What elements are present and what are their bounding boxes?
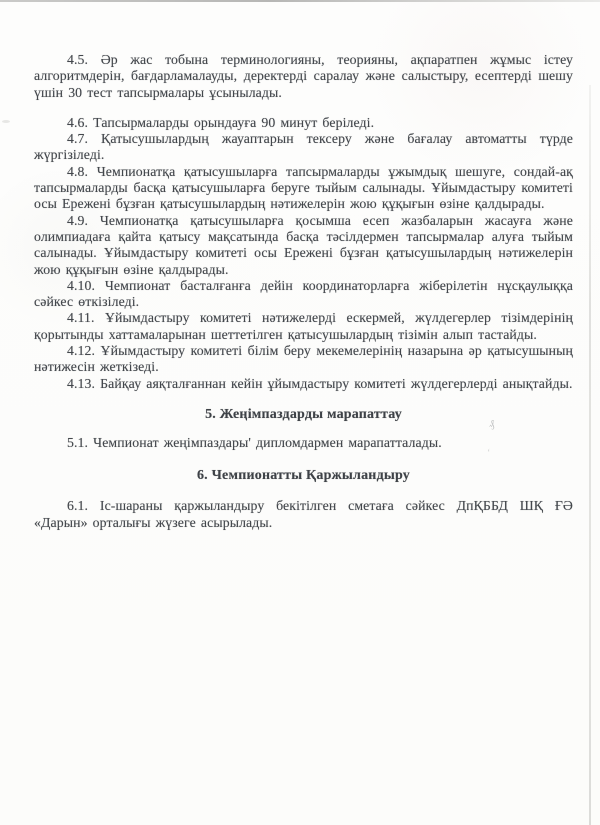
paragraph-4-5: 4.5. Әр жас тобына терминологияны, теори… [34, 52, 573, 101]
scan-top-edge-artifact [0, 0, 600, 2]
scanned-document-page: ₰ ʻ 4.5. Әр жас тобына терминологияны, т… [0, 0, 600, 825]
paragraph-4-9: 4.9. Чемпионатқа қатысушыларға қосымша е… [34, 213, 573, 278]
scan-speck [2, 120, 10, 123]
paragraph-4-10: 4.10. Чемпионат басталғанға дейін коорди… [34, 278, 573, 311]
paragraph-5-1: 5.1. Чемпионат жеңімпаздары' дипломдарме… [34, 435, 573, 451]
paragraph-4-7: 4.7. Қатысушылардың жауаптарын тексеру ж… [34, 131, 573, 164]
paragraph-4-11: 4.11. Ұйымдастыру комитеті нәтижелерді е… [34, 310, 573, 343]
scan-right-edge-artifact [589, 85, 591, 825]
scan-speck: ʻ [487, 448, 491, 460]
scan-speck: ₰ [489, 418, 494, 431]
paragraph-4-8: 4.8. Чемпионатқа қатысушыларға тапсырмал… [34, 164, 573, 213]
section-6-heading: 6. Чемпионатты Қаржыландыру [34, 467, 573, 484]
paragraph-4-6: 4.6. Тапсырмаларды орындауға 90 минут бе… [34, 115, 573, 131]
paragraph-4-12: 4.12. Ұйымдастыру комитеті білім беру ме… [34, 343, 573, 376]
paragraph-6-1: 6.1. Іс-шараны қаржыландыру бекітілген с… [34, 498, 573, 531]
paragraph-4-13: 4.13. Байқау аяқталғаннан кейін ұйымдаст… [34, 376, 573, 392]
